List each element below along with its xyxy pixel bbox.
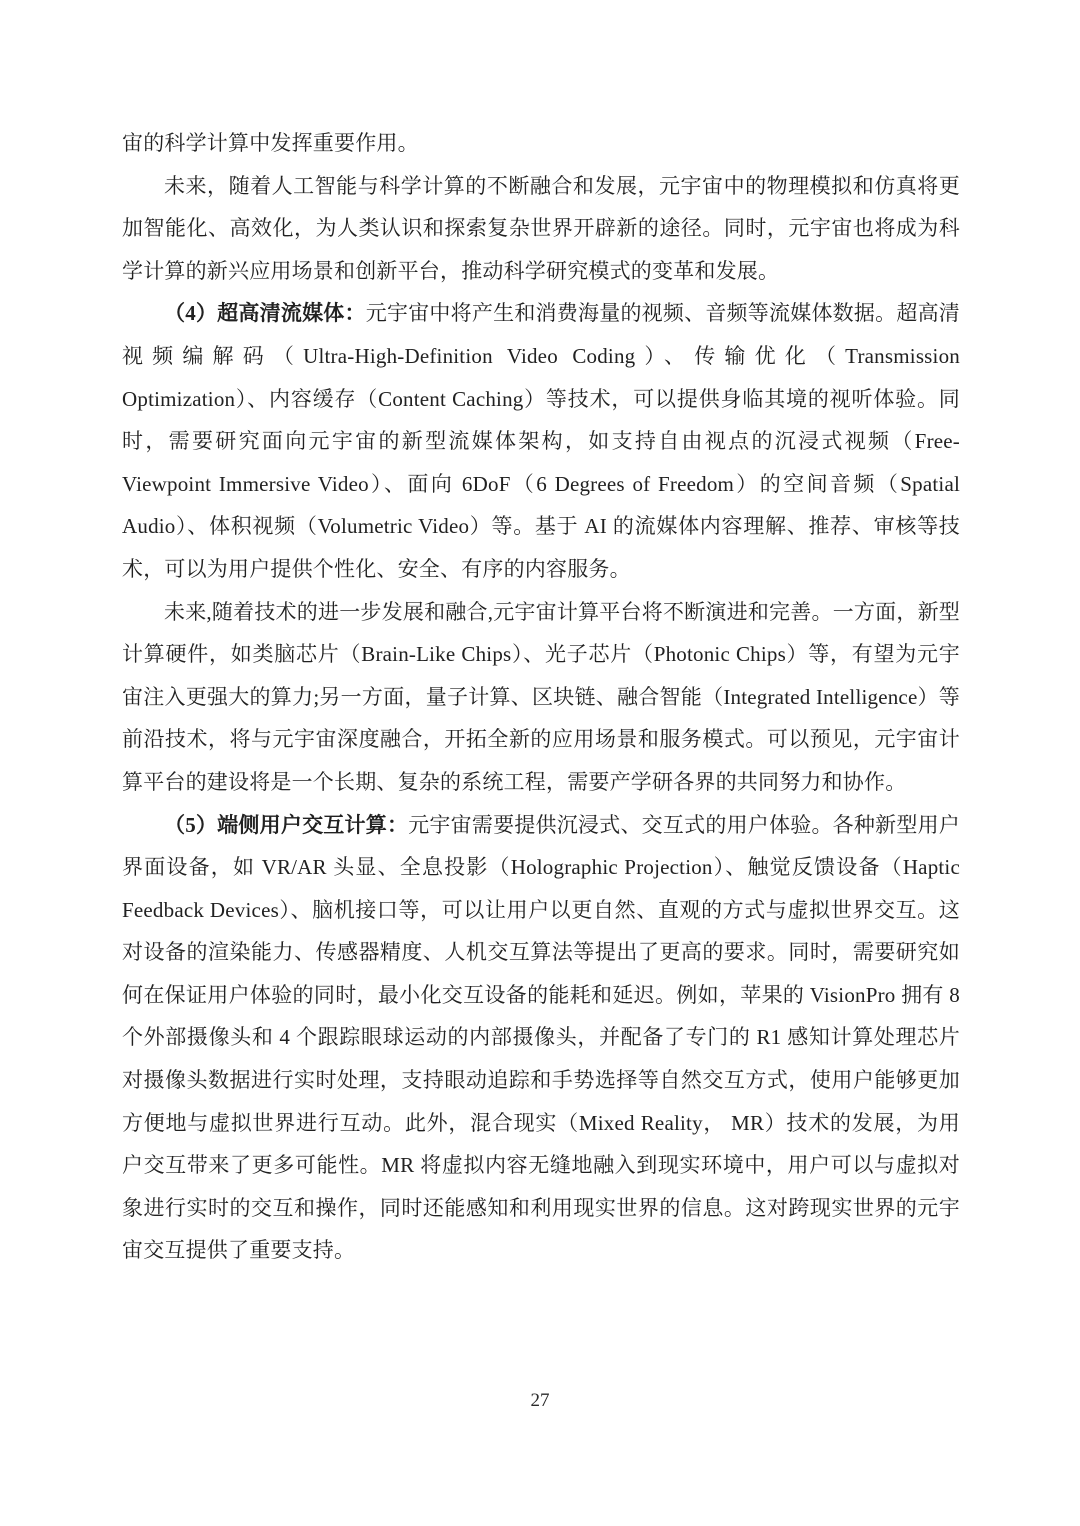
page-number: 27 [0, 1390, 1080, 1412]
paragraph-text: 未来,随着技术的进一步发展和融合,元宇宙计算平台将不断演进和完善。一方面，新型计… [122, 600, 960, 794]
paragraph-section-5-user-interaction: （5）端侧用户交互计算：元宇宙需要提供沉浸式、交互式的用户体验。各种新型用户界面… [122, 804, 960, 1273]
paragraph-text: 元宇宙需要提供沉浸式、交互式的用户体验。各种新型用户界面设备，如 VR/AR 头… [122, 813, 960, 1263]
document-body: 宙的科学计算中发挥重要作用。 未来，随着人工智能与科学计算的不断融合和发展，元宇… [122, 122, 960, 1272]
paragraph-future-platform: 未来,随着技术的进一步发展和融合,元宇宙计算平台将不断演进和完善。一方面，新型计… [122, 591, 960, 804]
section-4-heading: （4）超高清流媒体： [164, 301, 366, 325]
paragraph-future-ai: 未来，随着人工智能与科学计算的不断融合和发展，元宇宙中的物理模拟和仿真将更加智能… [122, 165, 960, 293]
paragraph-text: 宙的科学计算中发挥重要作用。 [122, 131, 419, 155]
paragraph-text: 未来，随着人工智能与科学计算的不断融合和发展，元宇宙中的物理模拟和仿真将更加智能… [122, 174, 960, 283]
document-page: 宙的科学计算中发挥重要作用。 未来，随着人工智能与科学计算的不断融合和发展，元宇… [0, 0, 1080, 1526]
paragraph-text: 元宇宙中将产生和消费海量的视频、音频等流媒体数据。超高清视频编解码（Ultra-… [122, 301, 960, 581]
paragraph-section-4-streaming-media: （4）超高清流媒体：元宇宙中将产生和消费海量的视频、音频等流媒体数据。超高清视频… [122, 292, 960, 590]
section-5-heading: （5）端侧用户交互计算： [164, 813, 408, 837]
paragraph-continuation: 宙的科学计算中发挥重要作用。 [122, 122, 960, 165]
